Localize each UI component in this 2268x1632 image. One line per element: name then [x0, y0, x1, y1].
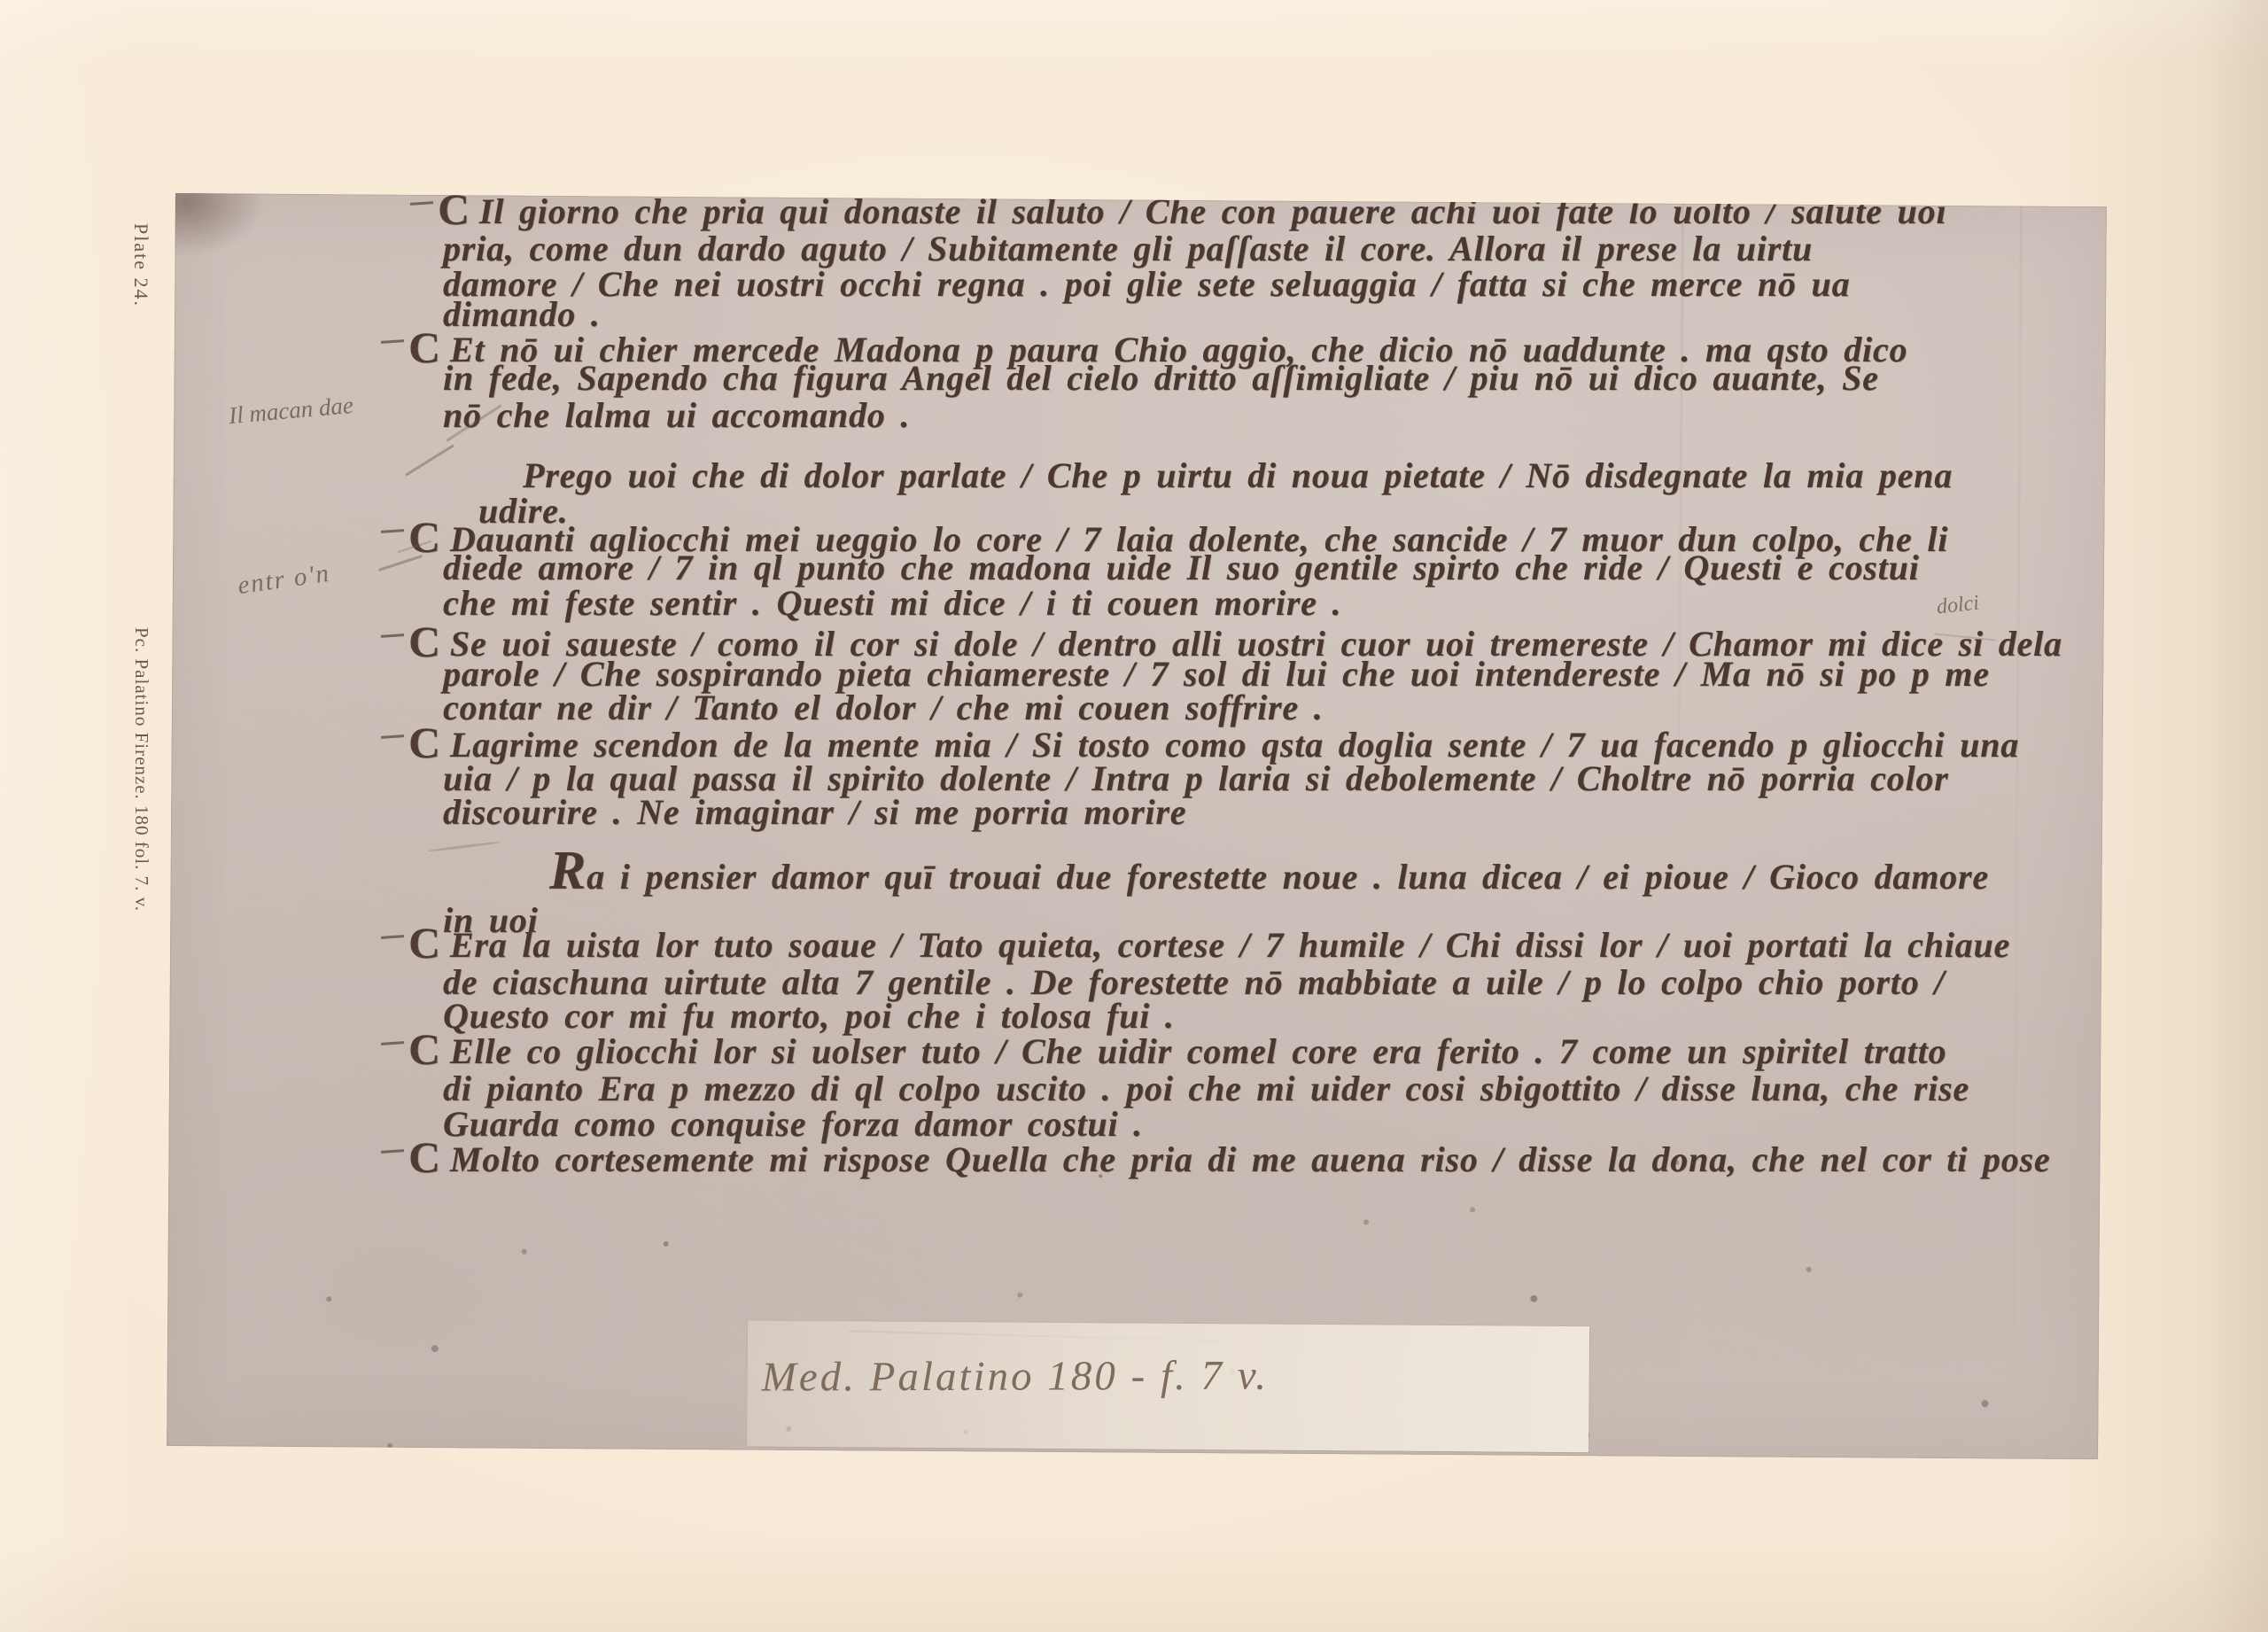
manuscript-line: CIl giorno che pria qui donaste il salut… — [410, 193, 1946, 232]
pencil-note-lower: entr o'n — [236, 559, 332, 601]
pencil-note-upper: Il macan dae — [228, 392, 354, 430]
manuscript-line: damore / Che nei uostri occhi regna . po… — [443, 264, 1850, 305]
manuscript-line: CElle co gliocchi lor si uolser tuto / C… — [381, 1028, 1946, 1072]
paraph-mark-icon: C — [381, 718, 441, 767]
book-page: { "page": { "plate_label": "Plate 24.", … — [0, 0, 2268, 1632]
manuscript-text-block: CIl giorno che pria qui donaste il salut… — [175, 193, 2107, 1446]
manuscript-line: nō che lalma ui accomando . — [443, 395, 910, 436]
paraph-mark-icon: C — [381, 617, 441, 666]
paraph-mark-icon: C — [381, 918, 441, 968]
manuscript-line: CEra la uista lor tuto soaue / Tato quie… — [381, 921, 2010, 966]
shelfmark-caption: Pc. Palatino Firenze. 180 fol. 7. v. — [130, 627, 152, 912]
manuscript-line: discourire . Ne imaginar / si me porria … — [443, 792, 1186, 833]
paraph-mark-icon: C — [381, 323, 441, 372]
manuscript-line: che mi feste sentir . Questi mi dice / i… — [443, 583, 1341, 624]
manuscript-photograph: CIl giorno che pria qui donaste il salut… — [167, 193, 2107, 1459]
plate-number-caption: Plate 24. — [129, 223, 152, 307]
pencil-note-dolci: dolci — [1936, 592, 1981, 620]
paraph-mark-icon: C — [381, 1132, 441, 1182]
pencil-stroke — [405, 444, 454, 476]
manuscript-line: in fede, Sapendo cha figura Angel del ci… — [443, 358, 1879, 399]
manuscript-line: CMolto cortesemente mi rispose Quella ch… — [381, 1136, 2050, 1180]
paraph-mark-icon: C — [381, 1024, 441, 1074]
shelfmark-label-strip: Med. Palatino 180 - f. 7 v. — [747, 1321, 1589, 1453]
paraph-mark-icon: C — [381, 512, 441, 562]
pencil-stroke — [427, 841, 501, 852]
shelfmark-handwriting: Med. Palatino 180 - f. 7 v. — [762, 1352, 1269, 1402]
manuscript-line: Prego uoi che di dolor parlate / Che p u… — [523, 455, 1953, 496]
manuscript-line: Ra i pensier damor quī trouai due forest… — [549, 851, 1989, 898]
